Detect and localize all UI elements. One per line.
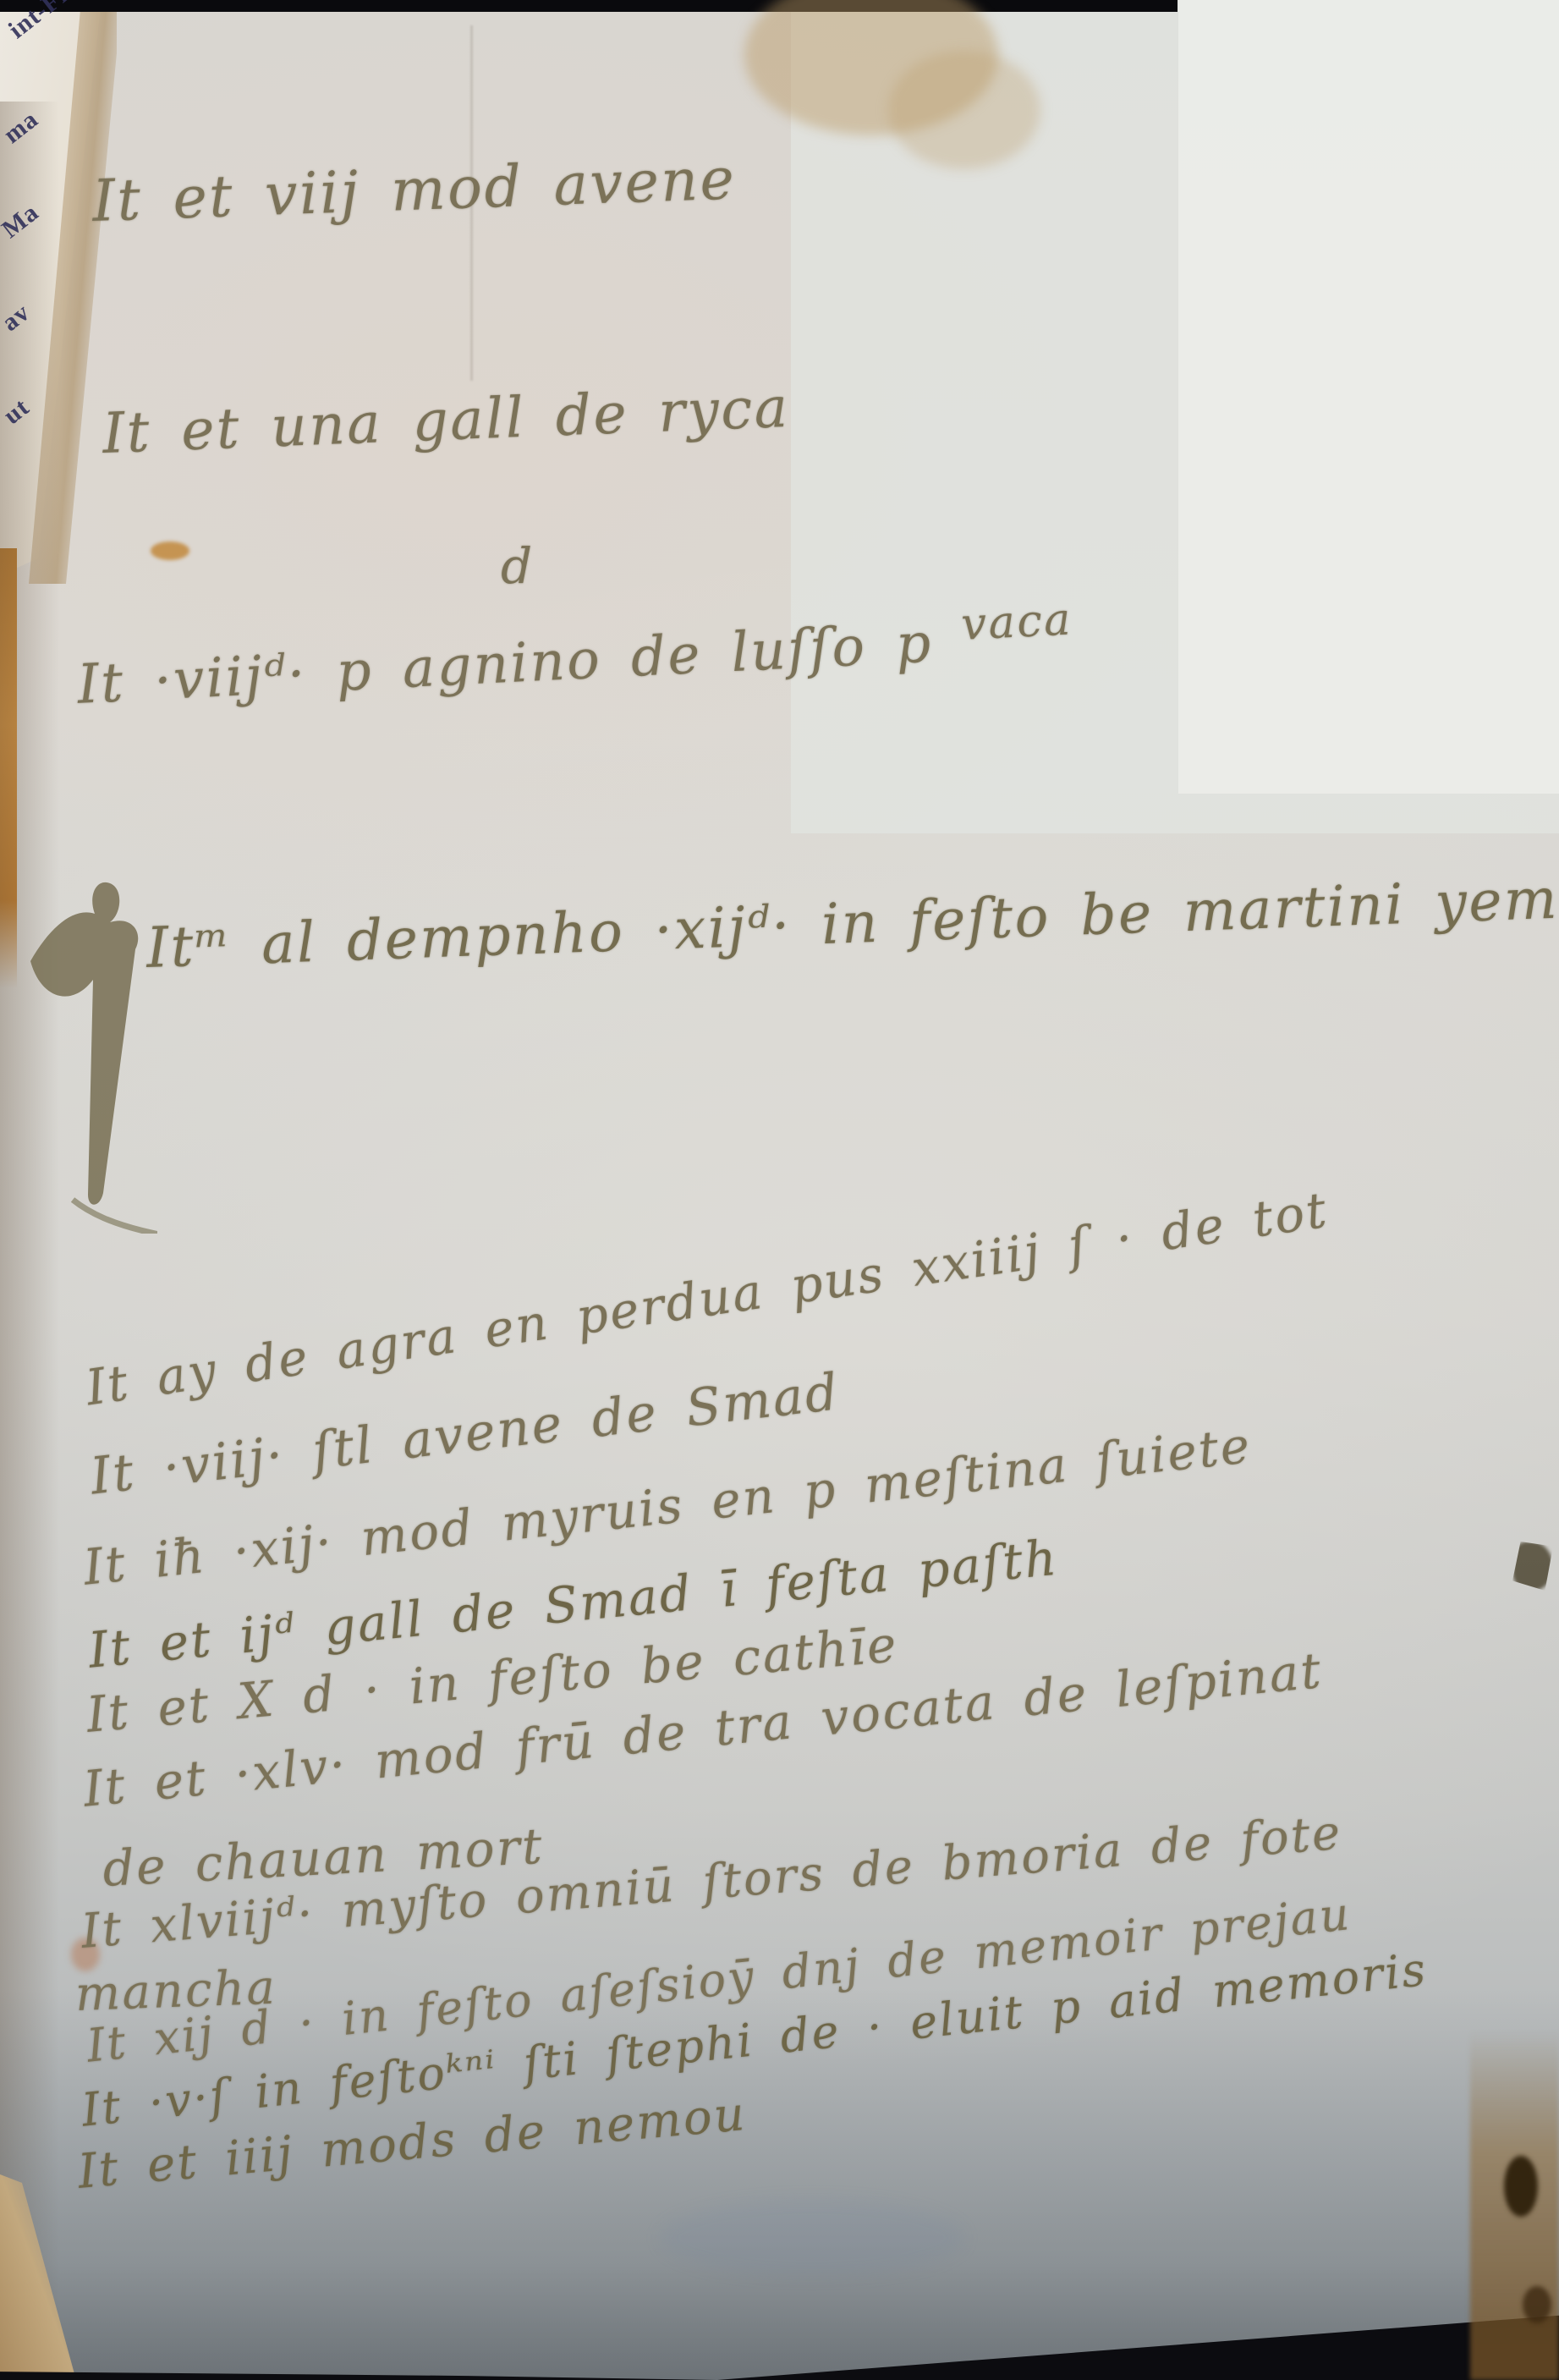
manuscript-photo: int-Fr ma Ma av ut It et viij mod avene … <box>0 0 1559 2380</box>
stain <box>888 51 1040 169</box>
interline-correction-mark: d <box>501 541 535 591</box>
manuscript-line: It et una gall de ryca <box>102 380 791 462</box>
stain-spot <box>1523 2286 1551 2323</box>
manuscript-line: It et viij mod avene <box>91 151 737 231</box>
paper-lighter-patch <box>1178 0 1559 794</box>
raised-word: vaca <box>960 597 1073 647</box>
top-black-edge <box>0 0 1177 12</box>
stain-spot <box>1504 2156 1538 2217</box>
paraph-flourish <box>22 870 157 1234</box>
stain <box>151 541 189 560</box>
manuscript-heading: Itᵐ al dempnho ·xijᵈ· in feſto be martin… <box>145 871 1559 976</box>
right-edge-ink-mark <box>1512 1542 1553 1591</box>
